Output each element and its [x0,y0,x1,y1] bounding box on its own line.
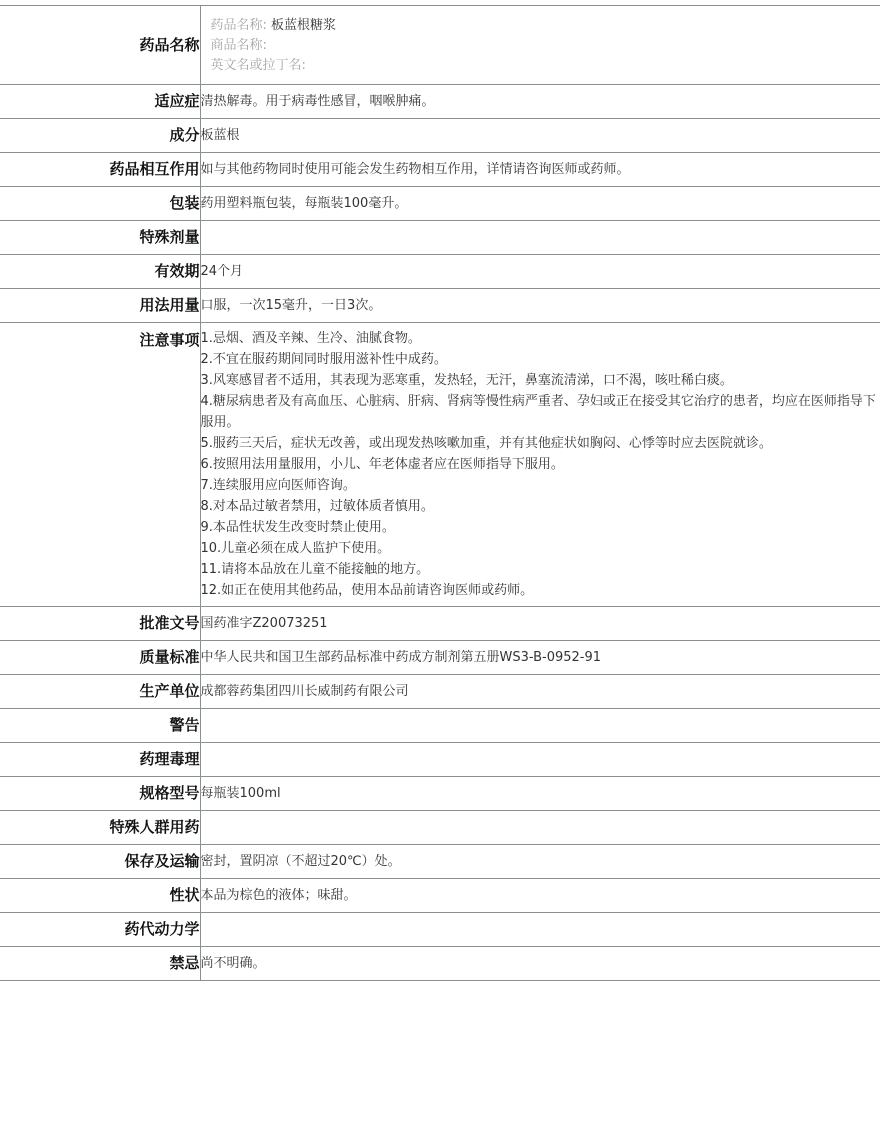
precaution-item: 7.连续服用应向医师咨询。 [201,475,880,496]
row-specification: 规格型号 每瓶装100ml [0,777,880,811]
label-pharmacology-toxicology: 药理毒理 [0,743,200,777]
precaution-item: 3.风寒感冒者不适用，其表现为恶寒重，发热轻，无汗，鼻塞流清涕，口不渴，咳吐稀白… [201,370,880,391]
value-pharmacokinetics [200,913,880,947]
row-pharmacology-toxicology: 药理毒理 [0,743,880,777]
value-ingredients: 板蓝根 [200,119,880,153]
row-ingredients: 成分 板蓝根 [0,119,880,153]
label-pharmacokinetics: 药代动力学 [0,913,200,947]
row-manufacturer: 生产单位 成都蓉药集团四川长威制药有限公司 [0,675,880,709]
value-manufacturer: 成都蓉药集团四川长威制药有限公司 [200,675,880,709]
value-drug-name: 药品名称: 板蓝根糖浆 商品名称: 英文名或拉丁名: [200,6,880,85]
row-precautions: 注意事项 1.忌烟、酒及辛辣、生冷、油腻食物。 2.不宜在服药期间同时服用滋补性… [0,323,880,607]
label-ingredients: 成分 [0,119,200,153]
value-approval-number: 国药准字Z20073251 [200,607,880,641]
row-shelf-life: 有效期 24个月 [0,255,880,289]
row-interactions: 药品相互作用 如与其他药物同时使用可能会发生药物相互作用，详情请咨询医师或药师。 [0,153,880,187]
trade-name-line: 商品名称: [211,36,880,56]
row-drug-name: 药品名称 药品名称: 板蓝根糖浆 商品名称: 英文名或拉丁名: [0,6,880,85]
precaution-item: 5.服药三天后，症状无改善，或出现发热咳嗽加重，并有其他症状如胸闷、心悸等时应去… [201,433,880,454]
label-special-dosage: 特殊剂量 [0,221,200,255]
label-drug-name: 药品名称 [0,6,200,85]
value-contraindications: 尚不明确。 [200,947,880,981]
row-approval-number: 批准文号 国药准字Z20073251 [0,607,880,641]
value-quality-standard: 中华人民共和国卫生部药品标准中药成方制剂第五册WS3-B-0952-91 [200,641,880,675]
drug-spec-table: 药品名称 药品名称: 板蓝根糖浆 商品名称: 英文名或拉丁名: 适应症 清热解毒… [0,5,880,981]
row-indications: 适应症 清热解毒。用于病毒性感冒，咽喉肿痛。 [0,85,880,119]
value-special-populations [200,811,880,845]
label-special-populations: 特殊人群用药 [0,811,200,845]
precaution-item: 8.对本品过敏者禁用，过敏体质者慎用。 [201,496,880,517]
value-storage-transport: 密封，置阴凉（不超过20℃）处。 [200,845,880,879]
label-contraindications: 禁忌 [0,947,200,981]
label-manufacturer: 生产单位 [0,675,200,709]
value-warning [200,709,880,743]
row-warning: 警告 [0,709,880,743]
value-description: 本品为棕色的液体；味甜。 [200,879,880,913]
value-packaging: 药用塑料瓶包装，每瓶装100毫升。 [200,187,880,221]
label-description: 性状 [0,879,200,913]
precaution-item: 10.儿童必须在成人监护下使用。 [201,538,880,559]
precaution-item: 4.糖尿病患者及有高血压、心脏病、肝病、肾病等慢性病严重者、孕妇或正在接受其它治… [201,391,880,433]
value-dosage: 口服，一次15毫升，一日3次。 [200,289,880,323]
row-special-populations: 特殊人群用药 [0,811,880,845]
row-pharmacokinetics: 药代动力学 [0,913,880,947]
row-description: 性状 本品为棕色的液体；味甜。 [0,879,880,913]
row-quality-standard: 质量标准 中华人民共和国卫生部药品标准中药成方制剂第五册WS3-B-0952-9… [0,641,880,675]
label-warning: 警告 [0,709,200,743]
precaution-item: 2.不宜在服药期间同时服用滋补性中成药。 [201,349,880,370]
english-name-line: 英文名或拉丁名: [211,56,880,76]
precaution-item: 11.请将本品放在儿童不能接触的地方。 [201,559,880,580]
value-specification: 每瓶装100ml [200,777,880,811]
precaution-item: 1.忌烟、酒及辛辣、生冷、油腻食物。 [201,328,880,349]
row-dosage: 用法用量 口服，一次15毫升，一日3次。 [0,289,880,323]
label-interactions: 药品相互作用 [0,153,200,187]
generic-name-line: 药品名称: 板蓝根糖浆 [211,16,880,36]
value-precautions: 1.忌烟、酒及辛辣、生冷、油腻食物。 2.不宜在服药期间同时服用滋补性中成药。 … [200,323,880,607]
trade-name-key: 商品名称: [211,38,267,53]
value-special-dosage [200,221,880,255]
label-specification: 规格型号 [0,777,200,811]
precaution-item: 6.按照用法用量服用，小儿、年老体虚者应在医师指导下服用。 [201,454,880,475]
row-storage-transport: 保存及运输 密封，置阴凉（不超过20℃）处。 [0,845,880,879]
generic-name-key: 药品名称: [211,18,267,33]
precaution-item: 12.如正在使用其他药品，使用本品前请咨询医师或药师。 [201,580,880,601]
value-shelf-life: 24个月 [200,255,880,289]
generic-name-value: 板蓝根糖浆 [271,18,336,33]
label-storage-transport: 保存及运输 [0,845,200,879]
label-indications: 适应症 [0,85,200,119]
precaution-item: 9.本品性状发生改变时禁止使用。 [201,517,880,538]
label-quality-standard: 质量标准 [0,641,200,675]
row-contraindications: 禁忌 尚不明确。 [0,947,880,981]
label-precautions: 注意事项 [0,323,200,607]
value-indications: 清热解毒。用于病毒性感冒，咽喉肿痛。 [200,85,880,119]
english-name-key: 英文名或拉丁名: [211,58,306,73]
value-interactions: 如与其他药物同时使用可能会发生药物相互作用，详情请咨询医师或药师。 [200,153,880,187]
label-approval-number: 批准文号 [0,607,200,641]
label-dosage: 用法用量 [0,289,200,323]
row-special-dosage: 特殊剂量 [0,221,880,255]
row-packaging: 包装 药用塑料瓶包装，每瓶装100毫升。 [0,187,880,221]
value-pharmacology-toxicology [200,743,880,777]
label-packaging: 包装 [0,187,200,221]
label-shelf-life: 有效期 [0,255,200,289]
